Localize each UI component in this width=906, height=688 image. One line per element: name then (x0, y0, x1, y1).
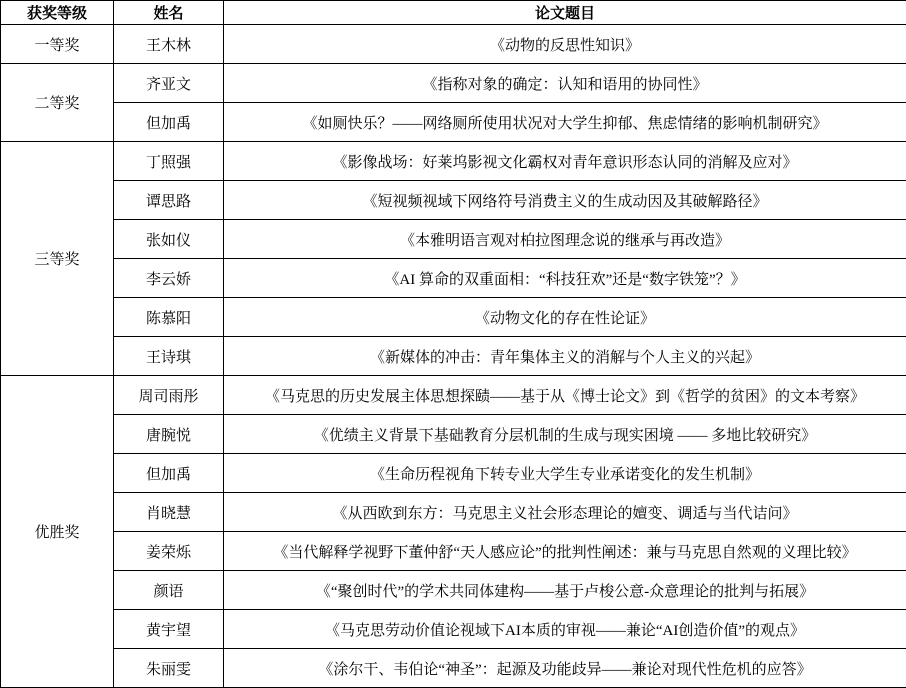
name-cell: 朱丽雯 (114, 649, 224, 688)
name-cell: 齐亚文 (114, 64, 224, 103)
table-row: 黄宇望《马克思劳动价值论视域下AI本质的审视——兼论“AI创造价值”的观点》 (1, 610, 906, 649)
name-cell: 肖晓慧 (114, 493, 224, 532)
paper-title-cell: 《“聚创时代”的学术共同体建构——基于卢梭公意-众意理论的批判与拓展》 (224, 571, 906, 610)
paper-title-cell: 《马克思劳动价值论视域下AI本质的审视——兼论“AI创造价值”的观点》 (224, 610, 906, 649)
header-paper-title: 论文题目 (224, 1, 906, 25)
paper-title-cell: 《生命历程视角下转专业大学生专业承诺变化的发生机制》 (224, 454, 906, 493)
paper-title-cell: 《涂尔干、韦伯论“神圣”：起源及功能歧异——兼论对现代性危机的应答》 (224, 649, 906, 688)
award-level-cell: 一等奖 (1, 25, 114, 64)
table-row: 一等奖王木林《动物的反思性知识》 (1, 25, 906, 64)
name-cell: 李云娇 (114, 259, 224, 298)
table-row: 陈慕阳《动物文化的存在性论证》 (1, 298, 906, 337)
table-row: 优胜奖周司雨彤《马克思的历史发展主体思想探赜——基于从《博士论文》到《哲学的贫困… (1, 376, 906, 415)
name-cell: 王诗琪 (114, 337, 224, 376)
award-results-table: 获奖等级 姓名 论文题目 一等奖王木林《动物的反思性知识》二等奖齐亚文《指称对象… (0, 0, 906, 688)
name-cell: 姜荣烁 (114, 532, 224, 571)
name-cell: 黄宇望 (114, 610, 224, 649)
paper-title-cell: 《动物文化的存在性论证》 (224, 298, 906, 337)
table-row: 姜荣烁《当代解释学视野下董仲舒“天人感应论”的批判性阐述：兼与马克思自然观的义理… (1, 532, 906, 571)
name-cell: 但加禹 (114, 103, 224, 142)
header-row: 获奖等级 姓名 论文题目 (1, 1, 906, 25)
name-cell: 陈慕阳 (114, 298, 224, 337)
header-name: 姓名 (114, 1, 224, 25)
name-cell: 但加禹 (114, 454, 224, 493)
table-row: 肖晓慧《从西欧到东方：马克思主义社会形态理论的嬗变、调适与当代诘问》 (1, 493, 906, 532)
award-level-cell: 三等奖 (1, 142, 114, 376)
paper-title-cell: 《当代解释学视野下董仲舒“天人感应论”的批判性阐述：兼与马克思自然观的义理比较》 (224, 532, 906, 571)
name-cell: 张如仪 (114, 220, 224, 259)
name-cell: 王木林 (114, 25, 224, 64)
name-cell: 丁照强 (114, 142, 224, 181)
table-row: 李云娇《AI 算命的双重面相：“科技狂欢”还是“数字铁笼”？》 (1, 259, 906, 298)
paper-title-cell: 《指称对象的确定：认知和语用的协同性》 (224, 64, 906, 103)
name-cell: 唐腕悦 (114, 415, 224, 454)
paper-title-cell: 《短视频视域下网络符号消费主义的生成动因及其破解路径》 (224, 181, 906, 220)
header-award-level: 获奖等级 (1, 1, 114, 25)
table-row: 但加禹《生命历程视角下转专业大学生专业承诺变化的发生机制》 (1, 454, 906, 493)
table-row: 但加禹《如厕快乐？——网络厕所使用状况对大学生抑郁、焦虑情绪的影响机制研究》 (1, 103, 906, 142)
paper-title-cell: 《本雅明语言观对柏拉图理念说的继承与再改造》 (224, 220, 906, 259)
award-level-cell: 二等奖 (1, 64, 114, 142)
table-row: 王诗琪《新媒体的冲击：青年集体主义的消解与个人主义的兴起》 (1, 337, 906, 376)
table-row: 颜语《“聚创时代”的学术共同体建构——基于卢梭公意-众意理论的批判与拓展》 (1, 571, 906, 610)
paper-title-cell: 《AI 算命的双重面相：“科技狂欢”还是“数字铁笼”？》 (224, 259, 906, 298)
table-row: 二等奖齐亚文《指称对象的确定：认知和语用的协同性》 (1, 64, 906, 103)
paper-title-cell: 《从西欧到东方：马克思主义社会形态理论的嬗变、调适与当代诘问》 (224, 493, 906, 532)
paper-title-cell: 《影像战场：好莱坞影视文化霸权对青年意识形态认同的消解及应对》 (224, 142, 906, 181)
name-cell: 周司雨彤 (114, 376, 224, 415)
paper-title-cell: 《动物的反思性知识》 (224, 25, 906, 64)
paper-title-cell: 《优绩主义背景下基础教育分层机制的生成与现实困境 —— 多地比较研究》 (224, 415, 906, 454)
paper-title-cell: 《新媒体的冲击：青年集体主义的消解与个人主义的兴起》 (224, 337, 906, 376)
table-row: 唐腕悦《优绩主义背景下基础教育分层机制的生成与现实困境 —— 多地比较研究》 (1, 415, 906, 454)
paper-title-cell: 《马克思的历史发展主体思想探赜——基于从《博士论文》到《哲学的贫困》的文本考察》 (224, 376, 906, 415)
paper-title-cell: 《如厕快乐？——网络厕所使用状况对大学生抑郁、焦虑情绪的影响机制研究》 (224, 103, 906, 142)
table-row: 三等奖丁照强《影像战场：好莱坞影视文化霸权对青年意识形态认同的消解及应对》 (1, 142, 906, 181)
name-cell: 颜语 (114, 571, 224, 610)
award-level-cell: 优胜奖 (1, 376, 114, 688)
name-cell: 谭思路 (114, 181, 224, 220)
table-row: 谭思路《短视频视域下网络符号消费主义的生成动因及其破解路径》 (1, 181, 906, 220)
table-row: 张如仪《本雅明语言观对柏拉图理念说的继承与再改造》 (1, 220, 906, 259)
table-row: 朱丽雯《涂尔干、韦伯论“神圣”：起源及功能歧异——兼论对现代性危机的应答》 (1, 649, 906, 688)
